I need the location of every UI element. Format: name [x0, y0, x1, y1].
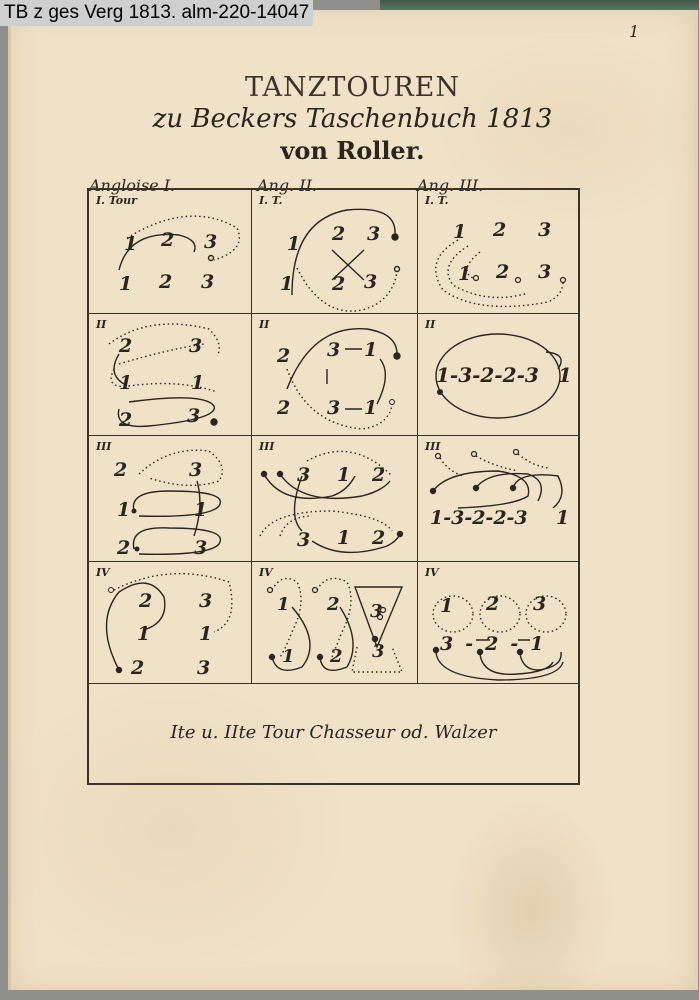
svg-text:2: 2 — [138, 590, 152, 612]
page-title: TANZTOUREN — [11, 72, 694, 103]
book-page: 1 TANZTOUREN zu Beckers Taschenbuch 1813… — [8, 10, 698, 990]
svg-text:1: 1 — [119, 372, 132, 394]
svg-text:3: 3 — [189, 459, 202, 481]
svg-text:2: 2 — [371, 464, 385, 486]
dance-figure-icon: 1 2 3 1 2 3 — [89, 190, 252, 314]
svg-text:1: 1 — [191, 372, 204, 394]
diagram-cell-r4c2: IV 1 2 3 — [252, 562, 418, 684]
diagram-cell-r2c2: II 2 3 1 2 3 1 — [252, 314, 418, 436]
svg-text:2: 2 — [495, 261, 509, 283]
svg-text:3: 3 — [297, 529, 310, 551]
book-binding-strip — [380, 0, 699, 10]
svg-text:1: 1 — [137, 623, 150, 645]
svg-text:2: 2 — [329, 646, 343, 667]
diagram-cell-r3c1: III 2 3 1 1 2 3 — [89, 436, 252, 562]
svg-text:2: 2 — [130, 657, 144, 679]
svg-text:3: 3 — [370, 601, 383, 622]
svg-text:1-3-2-2-3: 1-3-2-2-3 — [436, 363, 539, 387]
svg-text:1: 1 — [458, 263, 471, 285]
svg-text:3: 3 — [533, 593, 546, 615]
diagram-cell-r2c3: II 1-3-2-2-3 1 — [418, 314, 578, 436]
svg-text:2: 2 — [158, 271, 172, 293]
dance-diagram-table: I. Tour 1 2 3 1 2 3 I. T. — [87, 188, 580, 785]
dance-figure-icon: 1 2 3 3-2-1 — [418, 562, 578, 684]
svg-text:3: 3 — [194, 537, 207, 559]
svg-text:3: 3 — [204, 231, 217, 253]
svg-text:1: 1 — [277, 594, 290, 615]
diagram-cell-r2c1: II 2 3 1 1 2 3 — [89, 314, 252, 436]
diagram-cell-r1c3: I. T. 1 2 3 1 2 3 — [418, 190, 578, 314]
svg-text:2: 2 — [371, 527, 385, 549]
svg-text:1: 1 — [282, 646, 295, 667]
page-subtitle: zu Beckers Taschenbuch 1813 — [11, 104, 694, 134]
svg-text:1: 1 — [453, 221, 466, 243]
svg-text:1: 1 — [117, 499, 130, 521]
svg-text:2: 2 — [326, 594, 340, 615]
diagram-cell-r4c3: IV 1 2 3 3-2-1 — [418, 562, 578, 684]
svg-text:3: 3 — [327, 339, 340, 361]
page-number: 1 — [629, 22, 639, 41]
footer-cell: Ite u. IIte Tour Chasseur od. Walzer — [89, 684, 578, 783]
dance-figure-icon: 2 3 1 1 2 3 — [89, 562, 252, 684]
svg-text:2: 2 — [116, 537, 130, 559]
svg-text:1: 1 — [440, 595, 453, 617]
svg-text:1: 1 — [556, 507, 569, 529]
diagram-cell-r1c1: I. Tour 1 2 3 1 2 3 — [89, 190, 252, 314]
svg-text:2: 2 — [276, 397, 290, 419]
image-caption-label: TB z ges Verg 1813. alm-220-14047 — [0, 0, 313, 26]
svg-text:3: 3 — [297, 464, 310, 486]
svg-text:2: 2 — [160, 229, 174, 251]
svg-text:3: 3 — [197, 657, 210, 679]
dance-figure-icon: 2 3 1 1 2 3 — [89, 436, 252, 562]
svg-text:3: 3 — [201, 271, 214, 293]
dance-figure-icon: 1 2 3 1 2 3 — [252, 190, 418, 314]
svg-text:3: 3 — [189, 335, 202, 357]
svg-text:1: 1 — [280, 273, 293, 295]
svg-text:3: 3 — [364, 271, 377, 293]
dance-figure-icon: 2 3 1 2 3 1 — [252, 314, 418, 436]
dance-figure-icon: 1-3-2-2-3 1 — [418, 314, 578, 436]
dance-figure-icon: 2 3 1 1 2 3 — [89, 314, 252, 436]
svg-text:2: 2 — [492, 219, 506, 241]
svg-text:2: 2 — [485, 593, 499, 615]
svg-text:2: 2 — [113, 459, 127, 481]
svg-text:1: 1 — [337, 527, 350, 549]
svg-text:2: 2 — [331, 273, 345, 295]
dance-figure-icon: 1 2 3 1 2 3 — [252, 562, 418, 684]
diagram-cell-r1c2: I. T. 1 2 3 1 2 3 — [252, 190, 418, 314]
diagram-cell-r3c2: III 3 1 2 3 — [252, 436, 418, 562]
dance-figure-icon: 1-3-2-2-3 1 — [418, 436, 578, 562]
svg-text:1: 1 — [124, 233, 137, 255]
dance-figure-icon: 3 1 2 3 1 2 — [252, 436, 418, 562]
svg-text:1: 1 — [364, 339, 377, 361]
svg-text:3: 3 — [538, 219, 551, 241]
svg-text:3: 3 — [538, 261, 551, 283]
page-author: von Roller. — [11, 136, 694, 165]
svg-text:3: 3 — [187, 405, 200, 427]
svg-text:1: 1 — [337, 464, 350, 486]
svg-text:2: 2 — [331, 223, 345, 245]
svg-text:1: 1 — [119, 273, 132, 295]
footer-caption: Ite u. IIte Tour Chasseur od. Walzer — [89, 722, 578, 743]
diagram-cell-r3c3: III 1-3-2-2-3 1 — [418, 436, 578, 562]
svg-text:1: 1 — [199, 623, 212, 645]
svg-text:3-2-1: 3-2-1 — [440, 633, 555, 655]
svg-text:3: 3 — [372, 641, 385, 662]
diagram-cell-r4c1: IV 2 3 1 1 2 3 — [89, 562, 252, 684]
svg-text:2: 2 — [118, 335, 132, 357]
dance-figure-icon: 1 2 3 1 2 3 — [418, 190, 578, 314]
svg-text:2: 2 — [118, 409, 132, 431]
svg-text:1: 1 — [558, 363, 572, 387]
svg-text:3: 3 — [327, 397, 340, 419]
svg-text:3: 3 — [199, 590, 212, 612]
svg-text:2: 2 — [276, 345, 290, 367]
svg-text:1: 1 — [287, 233, 300, 255]
svg-text:1: 1 — [194, 499, 207, 521]
svg-text:1: 1 — [364, 397, 377, 419]
svg-text:1-3-2-2-3: 1-3-2-2-3 — [430, 507, 528, 529]
svg-text:3: 3 — [367, 223, 380, 245]
